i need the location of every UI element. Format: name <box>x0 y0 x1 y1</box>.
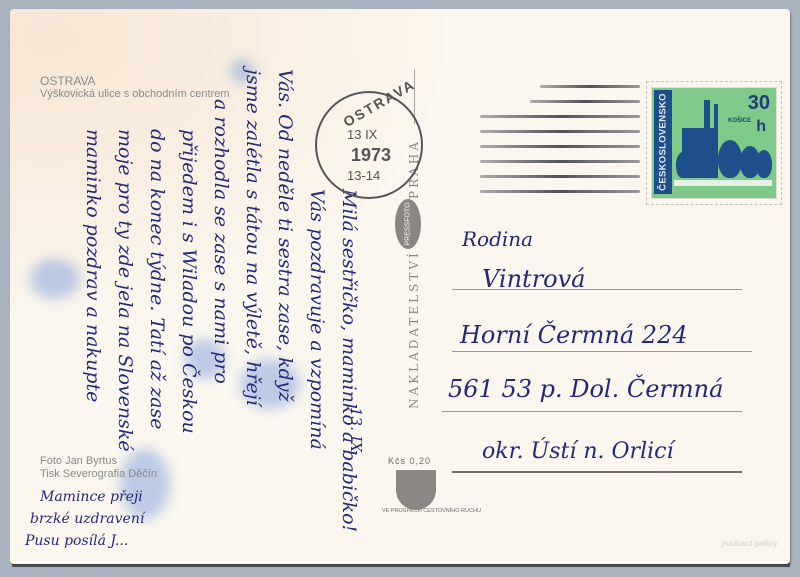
credits: Foto Jan Byrtus Tisk Severografia Děčín <box>40 455 157 481</box>
postage-stamp: ČESKOSLOVENSKO 30 h KOŠICE <box>651 87 777 199</box>
stamp-country: ČESKOSLOVENSKO <box>658 93 669 191</box>
address-line-3: Horní Čermná 224 <box>460 321 688 349</box>
postmark-year: 1973 <box>351 145 391 166</box>
print-credit: Tisk Severografia Děčín <box>40 468 157 481</box>
tree-icon <box>718 140 742 178</box>
stamp-value: 30 <box>748 92 770 115</box>
message-line: maminko pozdrav a nakupte <box>82 129 104 402</box>
postmark-date: 13 IX <box>347 127 377 142</box>
message-line: moje pro ty zde jela na Slovenské <box>114 129 136 452</box>
message-line: Milá sestřičko, maminko a babičko! <box>338 189 360 532</box>
tree-icon <box>756 150 772 178</box>
address-line-4: 561 53 p. Dol. Čermná <box>448 375 723 403</box>
tree-icon <box>676 152 690 178</box>
cancellation-line <box>530 100 640 103</box>
address-rule <box>452 351 752 352</box>
watermark: postcard.gallery <box>722 539 778 548</box>
cancellation-line <box>480 145 640 148</box>
address-line-5: okr. Ústí n. Orlicí <box>482 439 674 464</box>
stamp-unit: h <box>756 118 766 136</box>
closing-line: Mamince přeji <box>40 489 143 505</box>
ground-band <box>674 180 772 186</box>
cancellation-line <box>480 115 640 118</box>
tourism-tax-mark: Kčs 0,20 VE PROSPĚCH CESTOVNÍHO RUCHU <box>382 456 448 514</box>
cancellation-line <box>480 160 640 163</box>
postmark: OSTRAVA 13 IX 1973 13-14 <box>315 91 423 199</box>
message-line: Vás. Od neděle ti sestra zase, když <box>274 69 296 402</box>
stamp-town: KOŠICE <box>728 118 751 124</box>
postmark-time: 13-14 <box>347 168 380 183</box>
message-line: a rozhodla se zase s nami pro <box>210 99 232 384</box>
cancellation-line <box>480 175 640 178</box>
stamp-country-band: ČESKOSLOVENSKO <box>654 90 672 194</box>
message-line: jsme zalétla s tátou na výletě, hřejí <box>242 69 264 406</box>
cancellation-line <box>480 190 640 193</box>
closing-line: Pusu posílá J... <box>25 533 128 549</box>
photo-credit: Foto Jan Byrtus <box>40 455 157 468</box>
cancellation-line <box>480 130 640 133</box>
message-line: přijedem i s Wiladou po Českou <box>178 129 200 434</box>
tax-text: VE PROSPĚCH CESTOVNÍHO RUCHU <box>382 464 444 514</box>
address-rule <box>442 411 742 412</box>
message-date: 13. IX <box>347 407 365 452</box>
tower-icon <box>714 104 718 130</box>
address-rule <box>452 471 742 473</box>
cancellation-line <box>540 85 640 88</box>
closing-line: brzké uzdravení <box>30 511 144 527</box>
caption-subtitle: Výškovická ulice s obchodním centrem <box>40 88 230 101</box>
address-rule <box>452 289 742 290</box>
pressfoto-logo: PRESSFOTO <box>395 199 421 249</box>
postmark-city: OSTRAVA <box>340 76 418 130</box>
publisher-name: NAKLADATELSTVÍ <box>407 250 421 409</box>
address-line-1: Rodina <box>462 227 533 251</box>
tower-icon <box>704 100 710 130</box>
postcard: OSTRAVA Výškovická ulice s obchodním cen… <box>10 9 790 564</box>
message-line: Vás pozdravuje a vzpomíná <box>306 189 328 450</box>
message-line: do na konec týdne. Tatí až zase <box>146 129 168 429</box>
caption-title: OSTRAVA <box>40 75 230 88</box>
photo-caption: OSTRAVA Výškovická ulice s obchodním cen… <box>40 75 230 101</box>
pressfoto-logo-text: PRESSFOTO <box>405 202 412 245</box>
